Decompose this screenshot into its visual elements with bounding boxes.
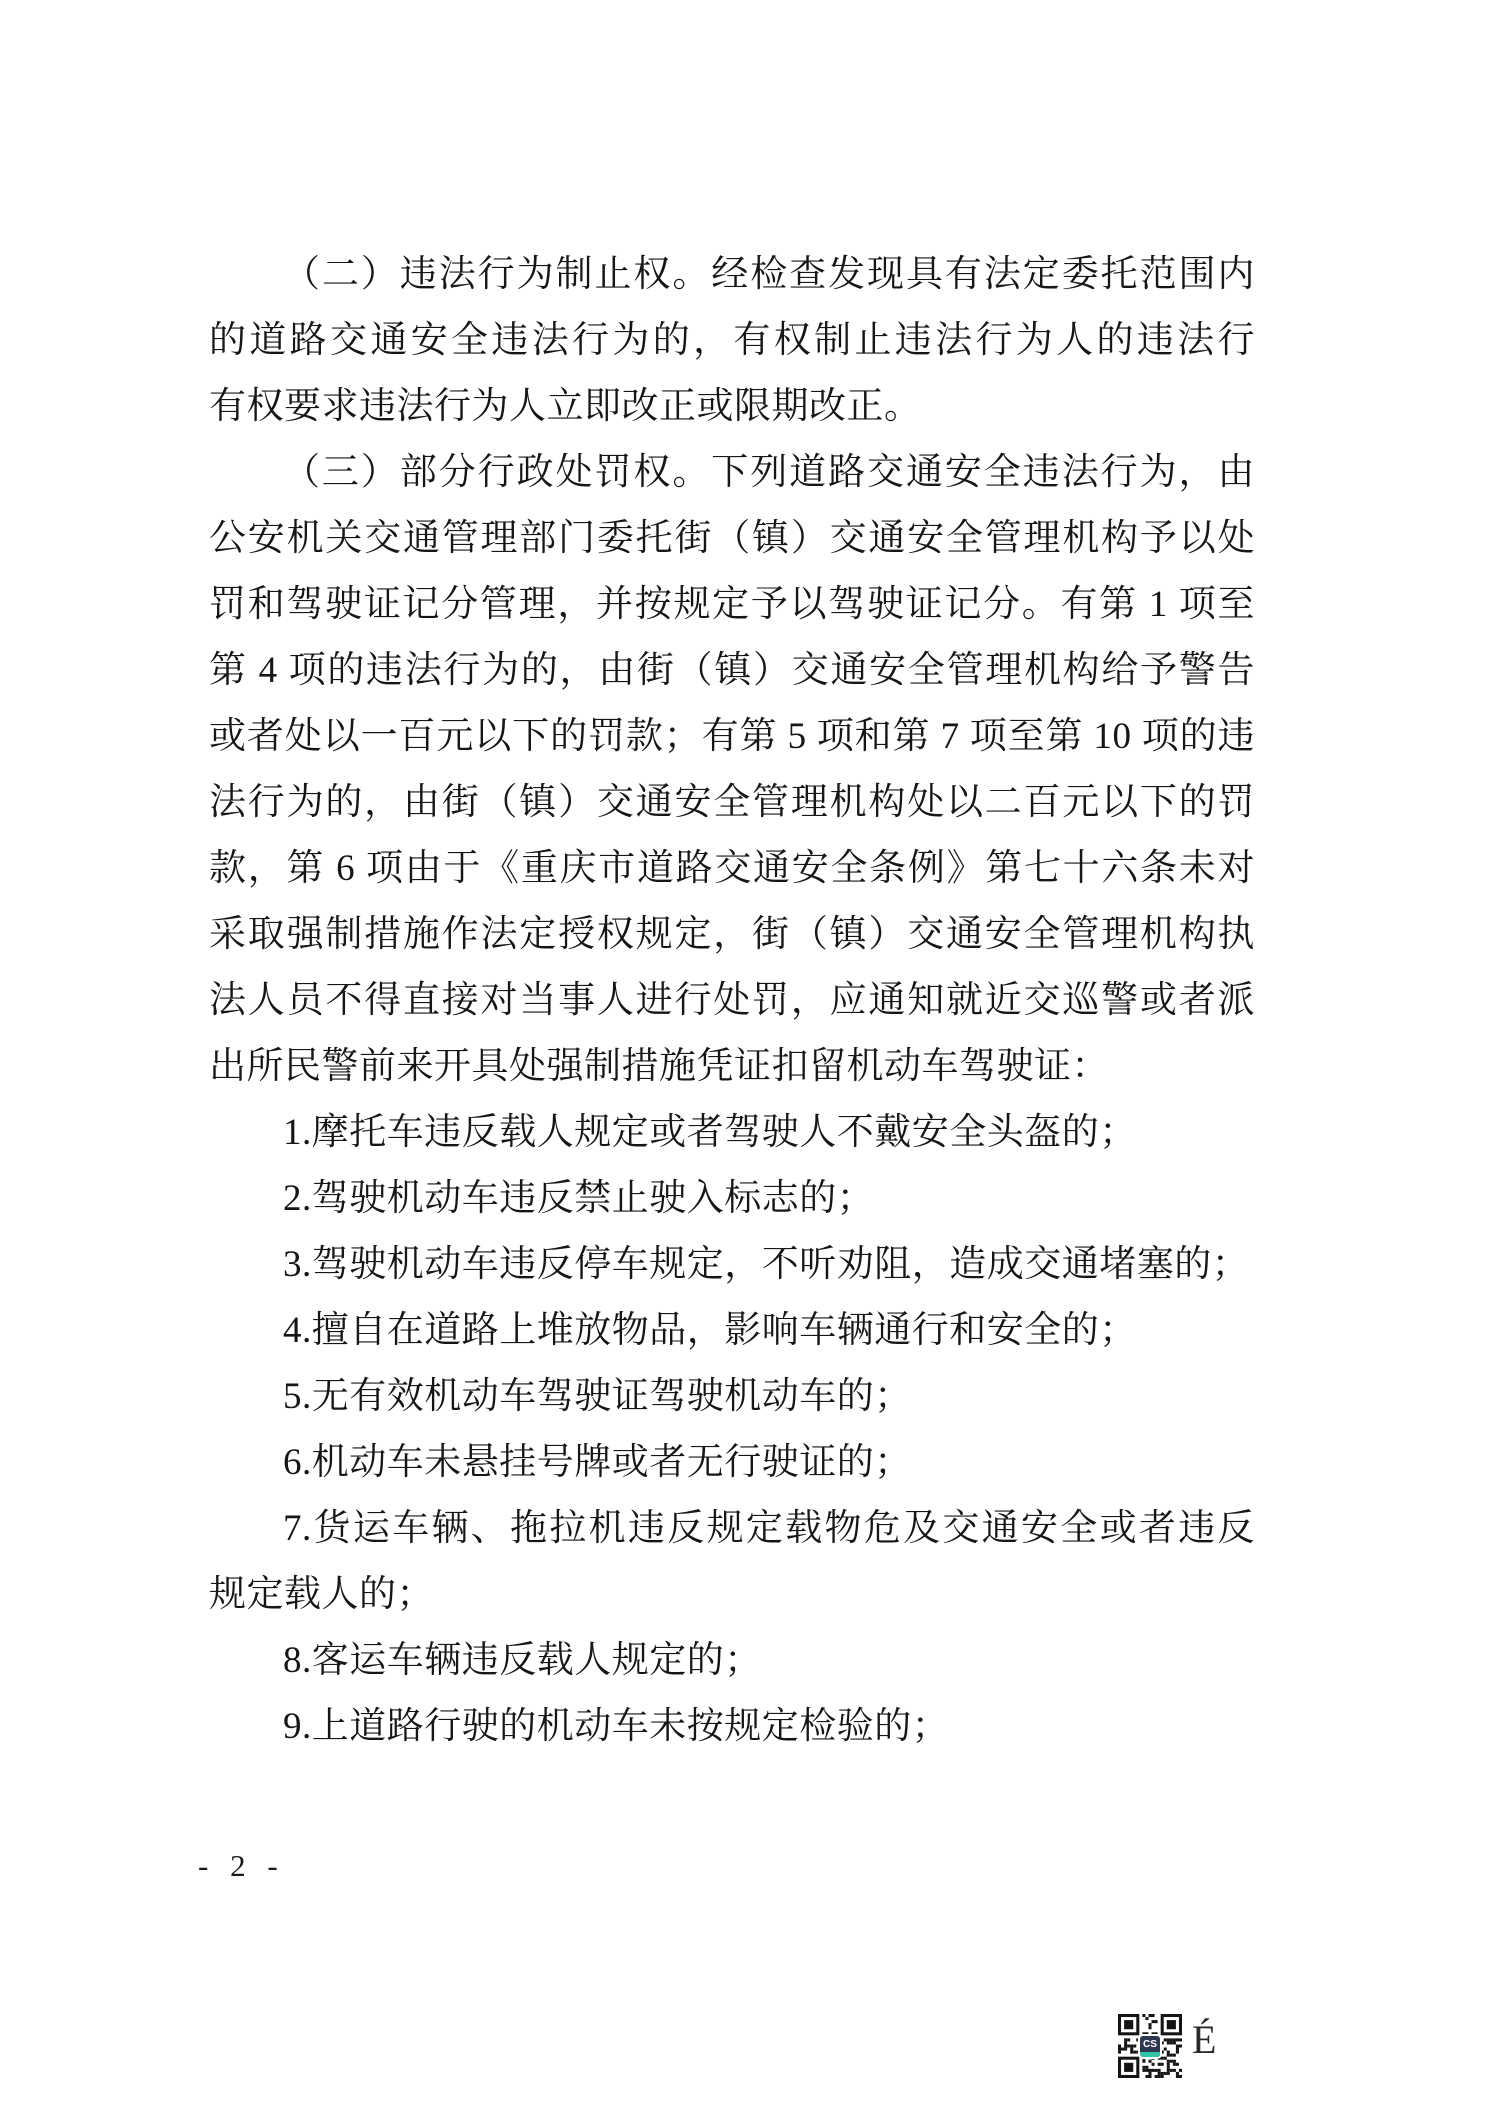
text-line: 第 4 项的违法行为的，由街（镇）交通安全管理机构给予警告: [209, 638, 1255, 704]
text-line: 7.货运车辆、拖拉机违反规定载物危及交通安全或者违反: [209, 1496, 1255, 1562]
text-line: 有权要求违法行为人立即改正或限期改正。: [209, 374, 1255, 440]
text-line: 款，第 6 项由于《重庆市道路交通安全条例》第七十六条未对: [209, 836, 1255, 902]
qr-code: CS: [1118, 2013, 1182, 2079]
camscanner-logo-text: CS: [1140, 2036, 1160, 2052]
text-line: 1.摩托车违反载人规定或者驾驶人不戴安全头盔的；: [209, 1100, 1255, 1166]
camscanner-logo: CS: [1140, 2036, 1160, 2057]
text-line: 的道路交通安全违法行为的，有权制止违法行为人的违法行为，: [209, 308, 1255, 374]
camscanner-logo-bar: [1140, 2052, 1160, 2057]
document-page: （二）违法行为制止权。经检查发现具有法定委托范围内的道路交通安全违法行为的，有权…: [0, 0, 1487, 2105]
accent-character: É: [1192, 2018, 1216, 2062]
text-line: 8.客运车辆违反载人规定的；: [209, 1628, 1255, 1694]
text-line: 罚和驾驶证记分管理，并按规定予以驾驶证记分。有第 1 项至: [209, 572, 1255, 638]
text-line: 法行为的，由街（镇）交通安全管理机构处以二百元以下的罚: [209, 770, 1255, 836]
text-line: 5.无有效机动车驾驶证驾驶机动车的；: [209, 1364, 1255, 1430]
text-line: 2.驾驶机动车违反禁止驶入标志的；: [209, 1166, 1255, 1232]
text-line: 4.擅自在道路上堆放物品，影响车辆通行和安全的；: [209, 1298, 1255, 1364]
page-number: - 2 -: [198, 1848, 285, 1884]
document-lines: （二）违法行为制止权。经检查发现具有法定委托范围内的道路交通安全违法行为的，有权…: [209, 242, 1255, 1760]
text-line: 法人员不得直接对当事人进行处罚，应通知就近交巡警或者派: [209, 968, 1255, 1034]
text-line: （三）部分行政处罚权。下列道路交通安全违法行为，由: [209, 440, 1255, 506]
text-line: （二）违法行为制止权。经检查发现具有法定委托范围内: [209, 242, 1255, 308]
text-line: 9.上道路行驶的机动车未按规定检验的；: [209, 1694, 1255, 1760]
text-line: 采取强制措施作法定授权规定，街（镇）交通安全管理机构执: [209, 902, 1255, 968]
text-line: 或者处以一百元以下的罚款；有第 5 项和第 7 项至第 10 项的违: [209, 704, 1255, 770]
text-line: 公安机关交通管理部门委托街（镇）交通安全管理机构予以处: [209, 506, 1255, 572]
text-line: 3.驾驶机动车违反停车规定，不听劝阻，造成交通堵塞的；: [209, 1232, 1255, 1298]
text-line: 规定载人的；: [209, 1562, 1255, 1628]
text-line: 6.机动车未悬挂号牌或者无行驶证的；: [209, 1430, 1255, 1496]
text-line: 出所民警前来开具处强制措施凭证扣留机动车驾驶证：: [209, 1034, 1255, 1100]
